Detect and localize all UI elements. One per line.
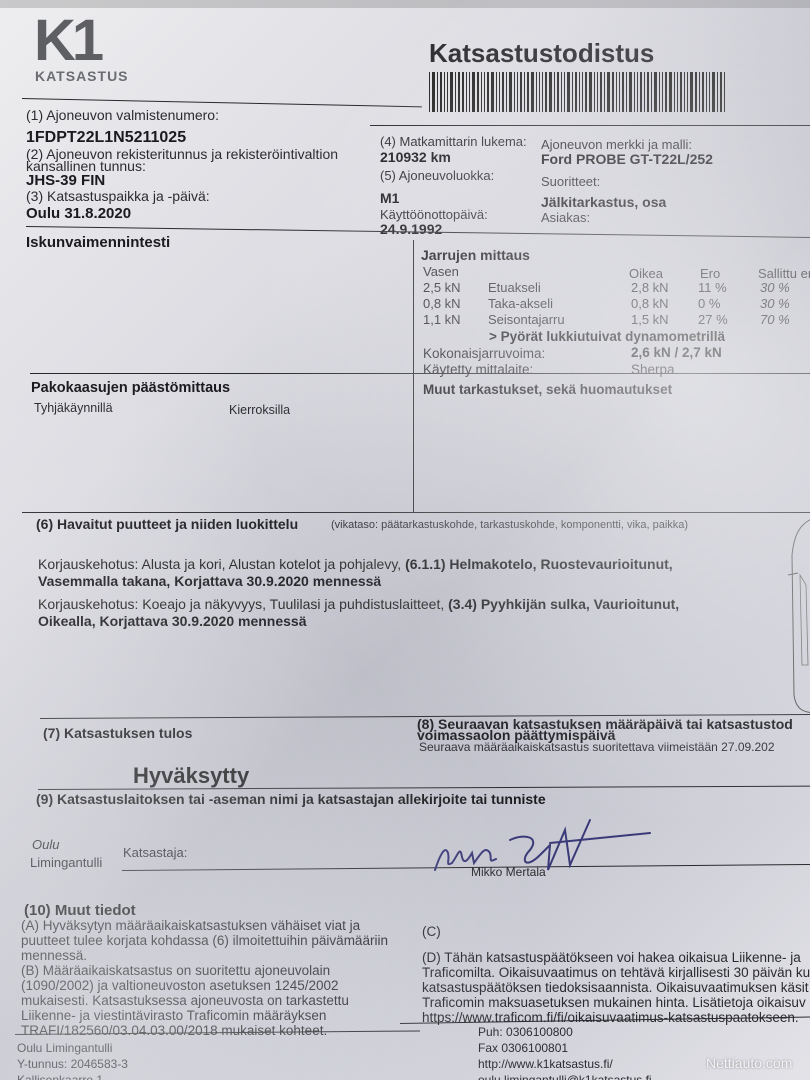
barcode-bar <box>524 72 525 112</box>
footer-company-name: Oulu Limingantulli <box>17 1040 128 1056</box>
brake-cell-diff: 11 % <box>698 280 727 295</box>
barcode-bar <box>699 72 700 112</box>
text-line: mennessä. <box>21 948 421 963</box>
brakes-total-label: Kokonaisjarruvoima: <box>423 346 545 361</box>
footer-business-id: Y-tunnus: 2046583-3 <box>17 1056 128 1072</box>
emissions-title: Pakokaasujen päästömittaus <box>31 380 230 396</box>
text-line: (B) Määräaikaiskatsastus on suoritettu a… <box>21 963 421 978</box>
brake-cell-axle: Taka-akseli <box>488 296 553 311</box>
barcode-bar <box>644 72 645 112</box>
k1-logo-mark: K1 <box>34 12 100 70</box>
watermark: Nettiauto.com <box>706 1055 792 1071</box>
place-label: (3) Katsastuspaikka ja -päivä: <box>26 188 210 204</box>
barcode-bar <box>582 72 583 112</box>
barcode-bar <box>487 72 489 112</box>
other-info-d: (D) Tähän katsastuspäätökseen voi hakea … <box>422 950 810 1025</box>
text-line: (1090/2002) ja valtioneuvoston asetuksen… <box>21 978 421 993</box>
vin-label: (1) Ajoneuvon valmistenumero: <box>26 107 219 123</box>
barcode-bar <box>517 72 518 112</box>
brake-cell-left: 1,1 kN <box>423 312 461 327</box>
barcode-bar <box>594 72 595 112</box>
barcode-bar <box>458 72 460 112</box>
odometer-label: (4) Matkamittarin lukema: <box>380 134 527 149</box>
other-checks-title: Muut tarkastukset, sekä huomautukset <box>423 382 672 397</box>
barcode-bar <box>429 72 430 112</box>
barcode-bar <box>561 72 562 112</box>
divider <box>370 125 810 126</box>
barcode-bar <box>640 72 642 112</box>
vin-value: 1FDPT22L1N5211025 <box>26 129 186 147</box>
barcode-bar <box>585 72 587 112</box>
barcode-bar <box>717 72 718 112</box>
footer-company: Oulu Limingantulli Y-tunnus: 2046583-3 K… <box>17 1040 128 1080</box>
text-line: mukaisesti. Katsastuksessa ajoneuvosta o… <box>21 993 421 1008</box>
defect-type: Korjauskehotus: <box>38 556 138 572</box>
barcode-bar <box>619 72 620 112</box>
defect-type: Korjauskehotus: <box>38 596 138 612</box>
k1-logo-text: KATSASTUS <box>35 68 129 84</box>
barcode-bar <box>450 72 453 112</box>
emissions-idle-label: Tyhjäkäynnillä <box>34 401 113 415</box>
divider <box>413 240 414 512</box>
make-value: Ford PROBE GT-T22L/252 <box>541 151 713 167</box>
barcode-bar <box>575 72 577 112</box>
barcode-bar <box>502 72 504 112</box>
car-diagram-icon <box>780 515 810 715</box>
text-line: katsastuspäätöksen tiedoksisaannista. Oi… <box>422 980 810 995</box>
class-label: (5) Ajoneuvoluokka: <box>380 168 494 183</box>
other-info-a: (A) Hyväksytyn määräaikaiskatsastuksen v… <box>21 918 421 963</box>
barcode-bar <box>720 72 722 112</box>
barcode-bar <box>706 72 707 112</box>
barcode-bar <box>536 72 537 112</box>
brake-cell-diff: 0 % <box>698 296 720 311</box>
barcode-bar <box>662 72 663 112</box>
text-line: (A) Hyväksytyn määräaikaiskatsastuksen v… <box>21 918 421 933</box>
defect-item: Korjauskehotus: Koeajo ja näkyvyys, Tuul… <box>38 596 778 630</box>
barcode-bar <box>651 72 652 112</box>
brake-cell-axle: Etuakseli <box>488 280 541 295</box>
performed-value: Jälkitarkastus, osa <box>541 194 666 210</box>
emissions-rpm-label: Kierroksilla <box>229 403 290 417</box>
brakes-col-right: Oikea <box>629 266 663 281</box>
other-info-title: (10) Muut tiedot <box>24 902 136 919</box>
brakes-col-allowed: Sallittu ero <box>758 266 810 281</box>
barcode-bar <box>554 72 555 112</box>
brake-cell-allowed: 70 % <box>760 312 790 327</box>
signature-icon <box>430 815 670 875</box>
barcode-bar <box>597 72 598 112</box>
result-label: (7) Katsastuksen tulos <box>43 725 192 741</box>
barcode-bar <box>447 72 448 112</box>
barcode-bar <box>579 72 580 112</box>
barcode-bar <box>496 72 497 112</box>
barcode-bar <box>472 72 475 112</box>
brake-cell-left: 2,5 kN <box>423 280 461 295</box>
barcode-bar <box>567 72 570 112</box>
barcode-bar <box>622 72 624 112</box>
barcode-bar <box>677 72 678 112</box>
barcode-bar <box>506 72 507 112</box>
defect-location: Vasemmalla takana, Korjattava 30.9.2020 … <box>38 573 381 589</box>
brakes-device-label: Käytetty mittalaite: <box>423 362 533 377</box>
barcode-bar <box>444 72 445 112</box>
barcode-bar <box>612 72 614 112</box>
barcode-bar <box>531 72 534 112</box>
barcode-bar <box>712 72 715 112</box>
barcode-bar <box>545 72 547 112</box>
brake-cell-axle: Seisontajarru <box>488 312 565 327</box>
barcode-bar <box>724 72 725 112</box>
barcode-bar <box>654 72 657 112</box>
brakes-note: > Pyörät lukkiutuivat dynamometrillä <box>489 329 725 344</box>
barcode-bar <box>626 72 627 112</box>
divider <box>22 512 810 513</box>
result-value: Hyväksytty <box>133 763 249 789</box>
barcode-bar <box>607 72 610 112</box>
signature-section-label: (9) Katsastuslaitoksen tai -aseman nimi … <box>36 791 546 807</box>
barcode-bar <box>634 72 635 112</box>
brake-cell-diff: 27 % <box>698 312 728 327</box>
inspector-name: Mikko Mertala <box>471 865 546 879</box>
barcode-bar <box>690 72 693 112</box>
customer-label: Asiakas: <box>541 210 590 225</box>
barcode-bar <box>709 72 710 112</box>
barcode-bar <box>455 72 456 112</box>
barcode-bar <box>527 72 529 112</box>
text-line: puutteet tulee korjata kohdassa (6) ilmo… <box>21 933 421 948</box>
text-line: Traficomilta. Oikaisuvaatimus on tehtävä… <box>422 965 810 980</box>
other-info-c: (C) <box>422 924 441 939</box>
barcode-bar <box>520 72 522 112</box>
barcode-bar <box>665 72 667 112</box>
barcode-bar <box>437 72 438 112</box>
divider <box>30 373 810 374</box>
footer-email[interactable]: oulu.limingantulli@k1katsastus.fi <box>478 1072 652 1080</box>
brakes-col-left: Vasen <box>423 264 459 279</box>
barcode-bar <box>674 72 675 112</box>
barcode-bar <box>481 72 482 112</box>
barcode-bar <box>509 72 512 112</box>
footer-fax: Fax 0306100801 <box>478 1040 652 1056</box>
barcode-bar <box>695 72 697 112</box>
brake-cell-right: 1,5 kN <box>631 312 669 327</box>
barcode-bar <box>549 72 552 112</box>
barcode-bar <box>432 72 435 112</box>
barcode-bar <box>440 72 442 112</box>
brake-cell-right: 0,8 kN <box>631 296 669 311</box>
brake-cell-allowed: 30 % <box>760 280 790 295</box>
footer-phone: Puh: 0306100800 <box>478 1024 652 1040</box>
brakes-title: Jarrujen mittaus <box>421 247 530 263</box>
barcode-bar <box>542 72 543 112</box>
document-title: Katsastustodistus <box>429 38 654 69</box>
divider <box>22 98 422 107</box>
barcode-bar <box>616 72 617 112</box>
station-name-1: Oulu <box>32 837 59 852</box>
barcode-bar <box>484 72 485 112</box>
defect-detail: (6.1.1) Helmakotelo, Ruostevaurioitunut, <box>401 556 673 572</box>
defects-subtitle: (vikataso: päätarkastuskohde, tarkastusk… <box>331 519 688 531</box>
brake-cell-allowed: 30 % <box>760 296 790 311</box>
barcode-bar <box>469 72 470 112</box>
footer-contact: Puh: 0306100800 Fax 0306100801 http://ww… <box>478 1024 652 1080</box>
footer-address: Kallisenkaarre 1 <box>17 1072 128 1080</box>
inspector-label: Katsastaja: <box>123 845 187 860</box>
brakes-total-value: 2,6 kN / 2,7 kN <box>631 345 722 360</box>
barcode-bar <box>680 72 682 112</box>
barcode-bar <box>684 72 685 112</box>
first-use-label: Käyttöönottopäivä: <box>380 207 488 222</box>
barcode-bar <box>499 72 500 112</box>
class-value: M1 <box>380 190 399 206</box>
defect-detail: (3.4) Pyyhkijän sulka, Vaurioitunut, <box>444 596 679 612</box>
barcode-bar <box>669 72 672 112</box>
defect-area: Alusta ja kori, Alustan kotelot ja pohja… <box>138 556 401 572</box>
brake-cell-right: 2,8 kN <box>631 280 669 295</box>
barcode-bar <box>647 72 649 112</box>
make-label: Ajoneuvon merkki ja malli: <box>541 137 692 152</box>
performed-label: Suoritteet: <box>541 174 600 189</box>
barcode-bar <box>659 72 660 112</box>
other-info-b: (B) Määräaikaiskatsastus on suoritettu a… <box>21 963 421 1038</box>
brakes-device-value: Sherpa <box>631 362 675 377</box>
barcode-bar <box>629 72 632 112</box>
defect-area: Koeajo ja näkyvyys, Tuulilasi ja puhdist… <box>138 596 444 612</box>
defects-title: (6) Havaitut puutteet ja niiden luokitte… <box>36 516 298 532</box>
text-line: Liikenne- ja viestintävirasto Traficomin… <box>21 1008 421 1023</box>
brakes-col-diff: Ero <box>700 266 720 281</box>
brake-cell-left: 0,8 kN <box>423 296 461 311</box>
defect-location: Oikealla, Korjattava 30.9.2020 mennessä <box>38 613 307 629</box>
barcode-bar <box>564 72 565 112</box>
barcode-bar <box>589 72 592 112</box>
place-value: Oulu 31.8.2020 <box>26 205 131 222</box>
station-name-2: Limingantulli <box>30 855 102 870</box>
photo-top-edge <box>0 0 810 8</box>
text-line: (D) Tähän katsastuspäätökseen voi hakea … <box>422 950 810 965</box>
barcode-bar <box>514 72 515 112</box>
next-inspection-value: Seuraava määräaikaiskatsastus suoritetta… <box>419 740 775 754</box>
barcode-bar <box>466 72 467 112</box>
first-use-value: 24.9.1992 <box>380 221 442 237</box>
barcode-bar <box>491 72 494 112</box>
barcode-bar <box>637 72 638 112</box>
defect-item: Korjauskehotus: Alusta ja kori, Alustan … <box>38 556 778 590</box>
barcode-bar <box>462 72 464 112</box>
barcode-bar <box>600 72 602 112</box>
odometer-value: 210932 km <box>380 149 451 165</box>
barcode-bar <box>477 72 479 112</box>
barcode-bar <box>539 72 540 112</box>
text-line: Traficomin maksuasetuksen mukainen hinta… <box>422 995 810 1010</box>
footer-website[interactable]: http://www.k1katsastus.fi/ <box>478 1056 652 1072</box>
barcode-bar <box>702 72 704 112</box>
barcode-bar <box>572 72 573 112</box>
barcode-bar <box>557 72 559 112</box>
barcode-bar <box>604 72 605 112</box>
barcode-bar <box>687 72 688 112</box>
shock-test-title: Iskunvaimennintesti <box>26 234 170 251</box>
barcode <box>429 72 810 112</box>
reg-value: JHS-39 FIN <box>26 172 105 189</box>
